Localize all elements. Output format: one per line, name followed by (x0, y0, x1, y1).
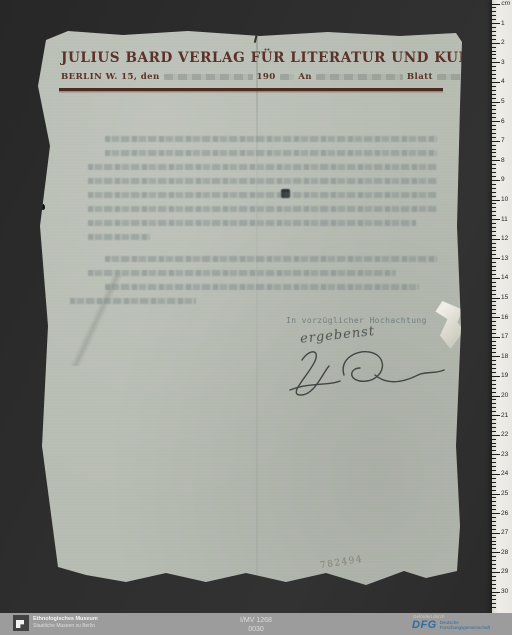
ruler-tick (492, 54, 496, 55)
ruler-number: 19 (501, 372, 508, 379)
credit-bar: Ethnologisches Museum Staatliche Museen … (0, 613, 512, 635)
typed-closing-line: In vorzüglicher Hochachtung (286, 316, 427, 325)
ruler-tick (492, 544, 496, 545)
ruler-tick (492, 419, 496, 420)
paper-tear (434, 301, 464, 349)
ruler-tick (492, 121, 500, 122)
ruler-number: 16 (501, 314, 508, 321)
ruler-number: 1 (501, 20, 505, 27)
ruler-tick (492, 11, 496, 12)
ruler-tick (492, 537, 496, 538)
ruler-tick (492, 286, 496, 287)
ruler-tick (492, 505, 496, 506)
ruler-tick (492, 168, 496, 169)
ruler-tick (492, 548, 496, 549)
ruler-tick (492, 219, 500, 220)
ruler-tick (492, 102, 500, 103)
ruler-tick (492, 325, 496, 326)
ruler-tick (492, 399, 496, 400)
ruler-number: 23 (501, 451, 508, 458)
ruler-tick (492, 341, 496, 342)
faded-typed-line (88, 220, 416, 226)
ruler-tick (492, 145, 496, 146)
ruler-tick (492, 196, 496, 197)
ruler-tick (492, 160, 500, 161)
ruler-tick (492, 215, 496, 216)
ruler-number: 30 (501, 588, 508, 595)
ruler-tick (492, 239, 500, 240)
ruler-tick (492, 4, 500, 5)
ruler-tick (492, 250, 496, 251)
ruler-tick (492, 180, 500, 181)
ruler: cm 1234567891011121314151617181920212223… (492, 0, 512, 613)
ruler-tick (492, 345, 496, 346)
faded-typed-line (88, 270, 396, 276)
faded-typed-line (88, 206, 437, 212)
ruler-tick (492, 235, 496, 236)
ruler-tick (492, 470, 496, 471)
ruler-tick (492, 90, 496, 91)
ruler-number: 25 (501, 490, 508, 497)
ruler-tick (492, 258, 500, 259)
ruler-number: 13 (501, 255, 508, 262)
ruler-number: 12 (501, 235, 508, 242)
ruler-tick (492, 188, 496, 189)
ruler-tick (492, 588, 496, 589)
ruler-tick (492, 446, 496, 447)
ruler-tick (492, 156, 496, 157)
ruler-tick (492, 376, 500, 377)
ruler-tick (492, 431, 496, 432)
faded-typed-line (70, 298, 196, 304)
ruler-number: 20 (501, 392, 508, 399)
ruler-tick (492, 94, 496, 95)
typed-body: In vorzüglicher Hochachtung ergebenst 78… (28, 26, 464, 588)
ruler-tick (492, 403, 496, 404)
ruler-tick (492, 541, 496, 542)
ruler-tick (492, 78, 496, 79)
ruler-tick (492, 192, 496, 193)
ruler-tick (492, 513, 500, 514)
ruler-number: 17 (501, 333, 508, 340)
ruler-tick (492, 317, 500, 318)
ruler-number: 29 (501, 568, 508, 575)
ruler-tick (492, 66, 496, 67)
ruler-tick (492, 392, 496, 393)
ruler-tick (492, 368, 496, 369)
ruler-tick (492, 466, 496, 467)
faded-typed-line (105, 256, 437, 262)
ruler-tick (492, 211, 496, 212)
ruler-tick (492, 407, 496, 408)
ruler-number: 15 (501, 294, 508, 301)
ruler-tick (492, 603, 496, 604)
ruler-tick (492, 152, 496, 153)
ruler-tick (492, 270, 496, 271)
ruler-tick (492, 560, 496, 561)
ruler-number: 11 (501, 216, 508, 223)
ruler-tick (492, 348, 496, 349)
ruler-tick (492, 482, 496, 483)
ruler-tick (492, 509, 496, 510)
ruler-tick (492, 19, 496, 20)
ruler-tick (492, 521, 496, 522)
ruler-number: 4 (501, 78, 505, 85)
ruler-tick (492, 380, 496, 381)
ruler-tick (492, 415, 500, 416)
ruler-tick (492, 352, 496, 353)
ruler-tick (492, 51, 496, 52)
ruler-tick (492, 474, 500, 475)
ruler-number: 6 (501, 118, 505, 125)
ruler-tick (492, 176, 496, 177)
dfg-credit: Gefördert durch DFG Deutsche Forschungsg… (412, 614, 504, 631)
ruler-tick (492, 227, 496, 228)
ruler-tick (492, 529, 496, 530)
ruler-tick (492, 203, 496, 204)
ruler-tick (492, 254, 496, 255)
ruler-tick (492, 290, 496, 291)
ruler-tick (492, 184, 496, 185)
ruler-number: 26 (501, 510, 508, 517)
ruler-tick (492, 607, 496, 608)
ruler-tick (492, 301, 496, 302)
ruler-number: 8 (501, 157, 505, 164)
ruler-tick (492, 113, 496, 114)
ruler-number: 18 (501, 353, 508, 360)
ruler-tick (492, 309, 496, 310)
dfg-full-name: Deutsche Forschungsgemeinschaft (440, 620, 490, 630)
ruler-number: 28 (501, 549, 508, 556)
ruler-number: 14 (501, 274, 508, 281)
ruler-tick (492, 599, 496, 600)
ruler-tick (492, 462, 496, 463)
ruler-tick (492, 552, 500, 553)
faded-typed-line (88, 234, 150, 240)
ruler-tick (492, 43, 500, 44)
ruler-tick (492, 133, 496, 134)
ruler-tick (492, 294, 496, 295)
ruler-tick (492, 15, 496, 16)
ruler-number: 21 (501, 412, 508, 419)
ruler-tick (492, 98, 496, 99)
ruler-tick (492, 517, 496, 518)
ruler-tick (492, 247, 496, 248)
ruler-tick (492, 305, 496, 306)
ruler-tick (492, 39, 496, 40)
ruler-tick (492, 450, 496, 451)
ruler-tick (492, 572, 500, 573)
ruler-tick (492, 149, 496, 150)
faded-typed-line (105, 136, 437, 142)
ruler-tick (492, 533, 500, 534)
ruler-tick (492, 172, 496, 173)
ruler-tick (492, 372, 496, 373)
ruler-tick (492, 443, 496, 444)
ruler-tick (492, 31, 496, 32)
ruler-tick (492, 129, 496, 130)
paper-hole (41, 204, 45, 210)
faded-typed-line (105, 150, 437, 156)
ruler-number: 2 (501, 39, 505, 46)
ruler-tick (492, 35, 496, 36)
ruler-tick (492, 337, 500, 338)
ruler-number: 22 (501, 431, 508, 438)
ruler-tick (492, 525, 496, 526)
faded-typed-line (88, 192, 437, 198)
scanned-letter-page: JULIUS BARD VERLAG FÜR LITERATUR UND KUN… (28, 26, 464, 588)
ruler-tick (492, 125, 496, 126)
ruler-tick (492, 411, 496, 412)
ruler-tick (492, 360, 496, 361)
ruler-tick (492, 454, 500, 455)
ruler-number: 3 (501, 59, 505, 66)
ruler-tick (492, 58, 496, 59)
ruler-tick (492, 564, 496, 565)
ruler-tick (492, 388, 496, 389)
ruler-tick (492, 223, 496, 224)
ruler-tick (492, 497, 496, 498)
ruler-tick (492, 105, 496, 106)
ruler-tick (492, 595, 496, 596)
ruler-tick (492, 27, 496, 28)
ruler-unit-label: cm (501, 0, 510, 7)
ruler-tick (492, 47, 496, 48)
ruler-tick (492, 321, 496, 322)
ruler-tick (492, 333, 496, 334)
ruler-tick (492, 458, 496, 459)
ruler-tick (492, 74, 496, 75)
ruler-tick (492, 490, 496, 491)
ruler-tick (492, 278, 500, 279)
ruler-tick (492, 584, 496, 585)
ruler-tick (492, 313, 496, 314)
ruler-tick (492, 231, 496, 232)
ruler-tick (492, 243, 496, 244)
ruler-number: 27 (501, 529, 508, 536)
ruler-tick (492, 298, 500, 299)
ruler-tick (492, 396, 500, 397)
ruler-tick (492, 141, 500, 142)
ruler-tick (492, 576, 496, 577)
dfg-logo: DFG (412, 619, 437, 631)
ruler-tick (492, 592, 500, 593)
ruler-tick (492, 356, 500, 357)
ruler-tick (492, 164, 496, 165)
ruler-number: 24 (501, 470, 508, 477)
scan-viewer-stage: JULIUS BARD VERLAG FÜR LITERATUR UND KUN… (0, 0, 512, 635)
ruler-tick (492, 262, 496, 263)
ruler-tick (492, 82, 500, 83)
ruler-number: 9 (501, 176, 505, 183)
ruler-tick (492, 86, 496, 87)
ruler-tick (492, 207, 496, 208)
ruler-tick (492, 580, 496, 581)
ruler-number: 7 (501, 137, 505, 144)
ruler-number: 5 (501, 98, 505, 105)
pencil-inventory-note: 782494 (319, 555, 363, 572)
ruler-tick (492, 329, 496, 330)
ruler-tick (492, 117, 496, 118)
ruler-tick (492, 364, 496, 365)
ruler-tick (492, 23, 500, 24)
ruler-tick (492, 200, 500, 201)
ruler-tick (492, 109, 496, 110)
ruler-tick (492, 70, 496, 71)
ruler-tick (492, 137, 496, 138)
ruler-tick (492, 494, 500, 495)
ruler-tick (492, 423, 496, 424)
ruler-tick (492, 556, 496, 557)
ruler-tick (492, 439, 496, 440)
ruler-tick (492, 266, 496, 267)
ruler-tick (492, 435, 500, 436)
faded-typed-line (88, 164, 437, 170)
faded-typed-line (105, 284, 419, 290)
ruler-tick (492, 478, 496, 479)
signature-handwriting (272, 344, 452, 402)
ruler-tick (492, 427, 496, 428)
ruler-tick (492, 486, 496, 487)
ruler-tick (492, 282, 496, 283)
ruler-tick (492, 7, 496, 8)
ruler-tick (492, 568, 496, 569)
faded-typed-line (88, 178, 437, 184)
ruler-number: 10 (501, 196, 508, 203)
ruler-tick (492, 384, 496, 385)
ruler-tick (492, 274, 496, 275)
ruler-tick (492, 501, 496, 502)
ruler-tick (492, 62, 500, 63)
